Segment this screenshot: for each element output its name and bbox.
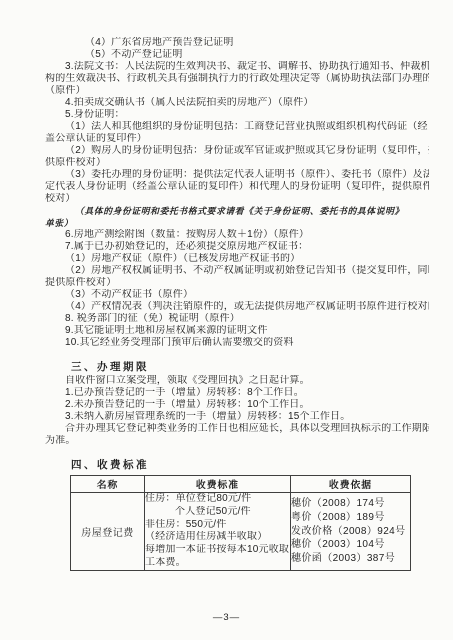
fee-standard-line: （经济适用住房减半收取） (145, 531, 290, 544)
fee-standard-cell: 住房：单位登记80元/件个人登记50元/件非住房：550元/件（经济适用住房减半… (145, 493, 291, 571)
doc-line: 8. 税务部门的征（免）税证明（原件） (45, 313, 429, 325)
fee-basis-line: 穗价（2008）174号 (291, 497, 410, 511)
doc-line: 单张） (45, 217, 429, 229)
doc-line: 提供原件校对） (45, 277, 429, 289)
doc-line: （4）广东省房地产预告登记证明 (45, 37, 429, 49)
materials-list: （4）广东省房地产预告登记证明（5）不动产登记证明3.法院文书：人民法院的生效判… (45, 37, 429, 349)
deadline-list: 自收件窗口立案受理，领取《受理回执》之日起计算。1.已办预告登记的一手（增量）房… (45, 375, 429, 447)
doc-line: 为准。 (45, 435, 429, 447)
doc-line: 自收件窗口立案受理，领取《受理回执》之日起计算。 (45, 375, 429, 387)
fee-table-row: 房屋登记费 住房：单位登记80元/件个人登记50元/件非住房：550元/件（经济… (71, 493, 411, 571)
doc-line: （2）房地产权权属证明书、不动产权属证明或初始登记告知书（提交复印件，同时 (45, 265, 429, 277)
doc-line: （3）委托办理的身份证明：提供法定代表人证明书（原件）、委托书（原件）及法 (45, 169, 429, 181)
doc-line: 7.属于已办初始登记的，还必须提交原房地产权证书： (45, 241, 429, 253)
doc-line: 定代表人身份证明（经盖公章认证的复印件）和代理人的身份证明（复印件，提供原件 (45, 181, 429, 193)
doc-line: 盖公章认证的复印件） (45, 133, 429, 145)
page-number: —3— (0, 612, 453, 623)
fee-standard-line: 工本费。 (145, 557, 290, 570)
fee-table: 名称 收费标准 收费依据 房屋登记费 住房：单位登记80元/件个人登记50元/件… (70, 475, 411, 571)
fee-table-header-standard: 收费标准 (145, 476, 291, 493)
doc-line: （1）法人和其他组织的身份证明包括：工商登记营业执照或组织机构代码证（经 (45, 121, 429, 133)
doc-line: 3.未纳入新房屋管理系统的一手（增量）房转移：15个工作日。 (45, 411, 429, 423)
doc-line: （2）购房人的身份证明包括：身份证或军官证或护照或其它身份证明（复印件，提 (45, 145, 429, 157)
section-heading-fee-standard: 四、收费标准 (45, 459, 429, 472)
doc-line: （4）产权情况表（判决注销原件的，或无法提供房地产权属证明书原件进行校对的） (45, 301, 429, 313)
doc-line: 供原件校对） (45, 157, 429, 169)
fee-table-header-basis: 收费依据 (291, 476, 411, 493)
doc-line: 10.其它经业务受理部门预审后确认需要缴交的资料 (45, 337, 429, 349)
fee-basis-line: 粤价（2008）189号 (291, 511, 410, 525)
fee-standard-line: 个人登记50元/件 (145, 506, 290, 519)
fee-name-cell: 房屋登记费 (71, 493, 145, 571)
doc-line: 构的生效裁决书、行政机关具有强制执行力的行政处理决定等（属协助执法部门办理的） (45, 73, 429, 85)
fee-table-header-row: 名称 收费标准 收费依据 (71, 476, 411, 493)
doc-line: 9.其它能证明土地和房屋权属来源的证明文件 (45, 325, 429, 337)
doc-line: 5.身份证明： (45, 109, 429, 121)
doc-line: 合并办理其它登记种类业务的工作日也相应延长，具体以受理回执标示的工作期限 (45, 423, 429, 435)
doc-line: 3.法院文书：人民法院的生效判决书、裁定书、调解书、协助执行通知书、仲裁机 (45, 61, 429, 73)
doc-line: 4.拍卖成交确认书（属人民法院拍卖的房地产）（原件） (45, 97, 429, 109)
doc-line: 2.未办预告登记的一手（增量）房转移：10个工作日。 (45, 399, 429, 411)
fee-basis-line: 发改价格（2008）924号 (291, 525, 410, 539)
fee-table-header-name: 名称 (71, 476, 145, 493)
fee-basis-cell: 穗价（2008）174号粤价（2008）189号发改价格（2008）924号穗价… (291, 493, 411, 571)
fee-basis-line: 穗价函（2003）387号 (291, 552, 410, 566)
scanned-document-page: （4）广东省房地产预告登记证明（5）不动产登记证明3.法院文书：人民法院的生效判… (0, 0, 453, 640)
section-heading-processing-deadline: 三、办理期限 (45, 361, 429, 374)
doc-line: 校对） (45, 193, 429, 205)
fee-basis-line: 穗价（2003）104号 (291, 538, 410, 552)
doc-line: （原件） (45, 85, 429, 97)
doc-line: 1.已办预告登记的一手（增量）房转移：8个工作日。 (45, 387, 429, 399)
fee-standard-line: 每增加一本证书按每本10元收取 (145, 544, 290, 557)
doc-line: （3）不动产权证书（原件） (45, 289, 429, 301)
document-body: （4）广东省房地产预告登记证明（5）不动产登记证明3.法院文书：人民法院的生效判… (45, 37, 429, 571)
fee-standard-line: 非住房：550元/件 (145, 519, 290, 532)
doc-line: （5）不动产登记证明 (45, 49, 429, 61)
doc-line: 6.房地产测绘附图（数量：按购房人数＋1份）（原件） (45, 229, 429, 241)
doc-line: （具体的身份证明和委托书格式要求请看《关于身份证明、委托书的具体说明》 (45, 205, 429, 217)
fee-standard-line: 住房：单位登记80元/件 (145, 493, 290, 506)
doc-line: （1）房地产权证（原件）（已核发房地产权证书的） (45, 253, 429, 265)
